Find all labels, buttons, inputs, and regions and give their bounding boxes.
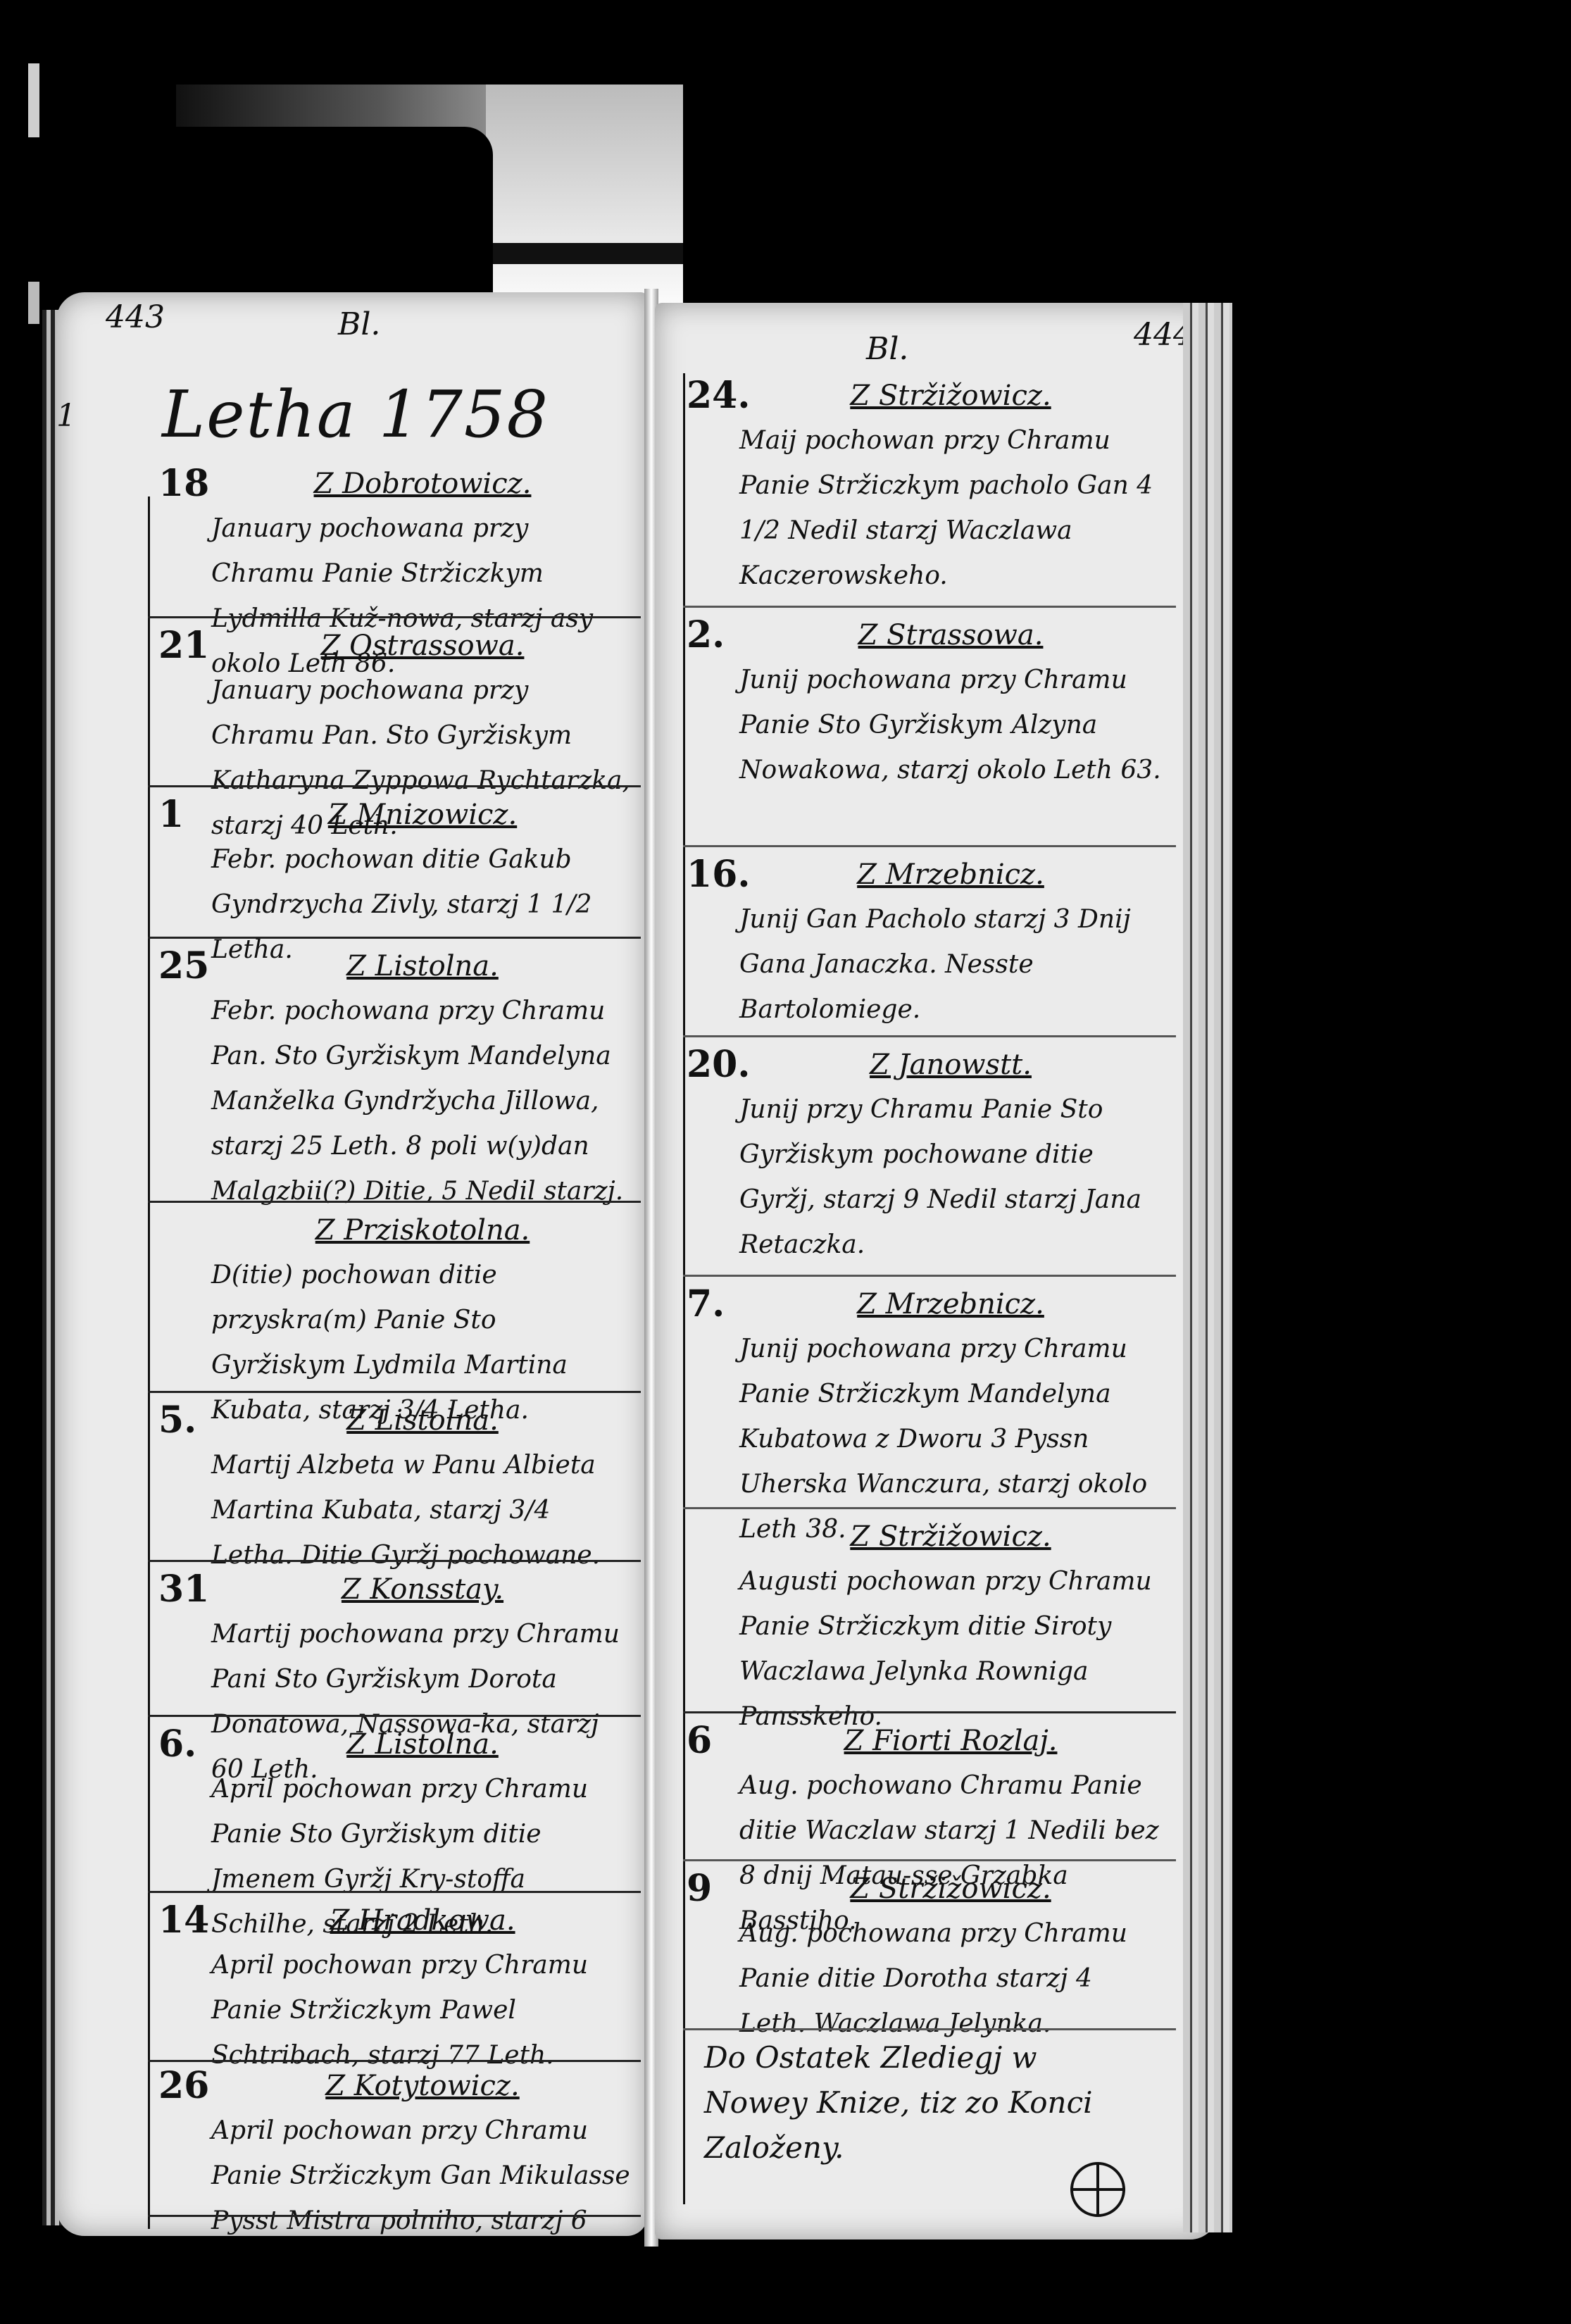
entry-divider xyxy=(683,1507,1176,1509)
entry-divider xyxy=(148,785,641,787)
page-number: 443 xyxy=(106,299,165,335)
register-entry: 26 Z Kotytowicz. April pochowan przy Chr… xyxy=(211,2063,634,2236)
entry-place: Z Dobrotowicz. xyxy=(211,461,634,506)
entry-text: April pochowan przy Chramu Panie Stržicz… xyxy=(211,2116,630,2236)
margin-rule xyxy=(683,373,685,2204)
entry-text: Aug. pochowana przy Chramu Panie ditie D… xyxy=(739,1919,1127,2038)
register-entry: Z Stržižowicz. Augusti pochowan przy Chr… xyxy=(739,1514,1162,1739)
entry-date: 6 xyxy=(687,1718,712,1763)
entry-divider xyxy=(148,937,641,939)
entry-text: Junij pochowana przy Chramu Panie Sto Gy… xyxy=(739,666,1161,785)
entry-divider xyxy=(683,1035,1176,1037)
register-entry: 16. Z Mrzebnicz. Junij Gan Pacholo starz… xyxy=(739,852,1162,1032)
entry-text: Junij przy Chramu Panie Sto Gyržiskym po… xyxy=(739,1095,1141,1259)
page-title: Letha 1758 xyxy=(162,377,549,452)
left-page: 443 Bl. Letha 1758 1 18 Z Dobrotowicz. J… xyxy=(56,292,648,2236)
entry-text: April pochowan przy Chramu Panie Stržicz… xyxy=(211,1951,588,2070)
margin-number: 1 xyxy=(56,398,76,434)
entry-divider xyxy=(683,1275,1176,1277)
entry-divider xyxy=(683,606,1176,608)
entry-date: 26 xyxy=(158,2063,209,2109)
header-mark: Bl. xyxy=(866,331,908,367)
entry-text: Junij Gan Pacholo starzj 3 Dnij Gana Jan… xyxy=(739,905,1131,1024)
film-frame-marker xyxy=(28,282,39,324)
entry-date: 21 xyxy=(158,623,209,668)
entry-place: Z Mrzebnicz. xyxy=(739,852,1162,897)
entry-divider xyxy=(148,1391,641,1393)
entry-place: Z Janowstt. xyxy=(739,1042,1162,1087)
entry-date: 7. xyxy=(687,1282,725,1327)
entry-divider xyxy=(683,1859,1176,1861)
entry-divider xyxy=(683,2028,1176,2030)
entry-place: Z Stržižowicz. xyxy=(739,373,1162,418)
entry-place: Z Kotytowicz. xyxy=(211,2063,634,2109)
entry-divider xyxy=(148,1201,641,1203)
entry-place: Z Strassowa. xyxy=(739,613,1162,658)
register-entry: 7. Z Mrzebnicz. Junij pochowana przy Chr… xyxy=(739,1282,1162,1552)
circle-cross-icon xyxy=(1070,2162,1125,2217)
entry-date: 24. xyxy=(687,373,750,418)
entry-date: 1 xyxy=(158,792,184,837)
entry-date: 2. xyxy=(687,613,725,658)
entry-date: 5. xyxy=(158,1398,196,1443)
register-entry: 14 Z Hradkowa. April pochowan przy Chram… xyxy=(211,1898,634,2078)
register-entry: 9 Z Stržižowicz. Aug. pochowana przy Chr… xyxy=(739,1866,1162,2047)
entry-date: 16. xyxy=(687,852,750,897)
header-mark: Bl. xyxy=(338,306,380,342)
entry-place: Z Stržižowicz. xyxy=(739,1514,1162,1559)
entry-place: Z Ostrassowa. xyxy=(211,623,634,668)
entry-date: 31 xyxy=(158,1567,209,1612)
register-entry: 5. Z Listolna. Martij Alzbeta w Panu Alb… xyxy=(211,1398,634,1578)
entry-place: Z Stržižowicz. xyxy=(739,1866,1162,1911)
entry-text: Augusti pochowan przy Chramu Panie Strži… xyxy=(739,1567,1152,1731)
entry-date: 25 xyxy=(158,944,209,989)
entry-divider xyxy=(683,845,1176,847)
entry-divider xyxy=(148,2060,641,2062)
entry-place: Z Fiorti Rozlaj. xyxy=(739,1718,1162,1763)
entry-date: 9 xyxy=(687,1866,712,1911)
entry-place: Z Konsstay. xyxy=(211,1567,634,1612)
register-entry: 20. Z Janowstt. Junij przy Chramu Panie … xyxy=(739,1042,1162,1268)
entry-date: 20. xyxy=(687,1042,750,1087)
entry-place: Z Listolna. xyxy=(211,1398,634,1443)
scan-backdrop-shadow xyxy=(486,243,683,264)
entry-place: Z Hradkowa. xyxy=(211,1898,634,1943)
entry-text: Martij Alzbeta w Panu Albieta Martina Ku… xyxy=(211,1451,600,1570)
entry-divider xyxy=(148,1560,641,1562)
closing-note: Do Ostatek Zlediegj w Nowey Knize, tiz z… xyxy=(704,2035,1141,2170)
entry-divider xyxy=(683,1711,1176,1713)
register-entry: 24. Z Stržižowicz. Maij pochowan przy Ch… xyxy=(739,373,1162,599)
entry-place: Z Prziskotolna. xyxy=(211,1208,634,1253)
book-page-edges-right xyxy=(1183,303,1232,2232)
margin-rule xyxy=(148,496,150,2229)
register-entry: 2. Z Strassowa. Junij pochowana przy Chr… xyxy=(739,613,1162,793)
entry-divider xyxy=(148,616,641,618)
film-frame-marker xyxy=(28,63,39,137)
entry-date: 18 xyxy=(158,461,209,506)
entry-place: Z Listolna. xyxy=(211,1722,634,1767)
scan-backdrop-shadow xyxy=(176,127,493,310)
entry-divider xyxy=(148,1715,641,1717)
entry-divider xyxy=(148,1891,641,1893)
scan-backdrop-light xyxy=(486,85,683,317)
entry-text: Maij pochowan przy Chramu Panie Stržiczk… xyxy=(739,426,1153,590)
entry-place: Z Mnizowicz. xyxy=(211,792,634,837)
entry-place: Z Mrzebnicz. xyxy=(739,1282,1162,1327)
register-entry: 25 Z Listolna. Febr. pochowana przy Chra… xyxy=(211,944,634,1214)
entry-text: Junij pochowana przy Chramu Panie Stržic… xyxy=(739,1335,1147,1544)
entry-date: 6. xyxy=(158,1722,196,1767)
right-page: 444 Bl. 24. Z Stržižowicz. Maij pochowan… xyxy=(655,303,1218,2239)
entry-date: 14 xyxy=(158,1898,209,1943)
entry-text: Febr. pochowana przy Chramu Pan. Sto Gyr… xyxy=(211,997,623,1206)
entry-divider xyxy=(148,2215,641,2217)
entry-place: Z Listolna. xyxy=(211,944,634,989)
